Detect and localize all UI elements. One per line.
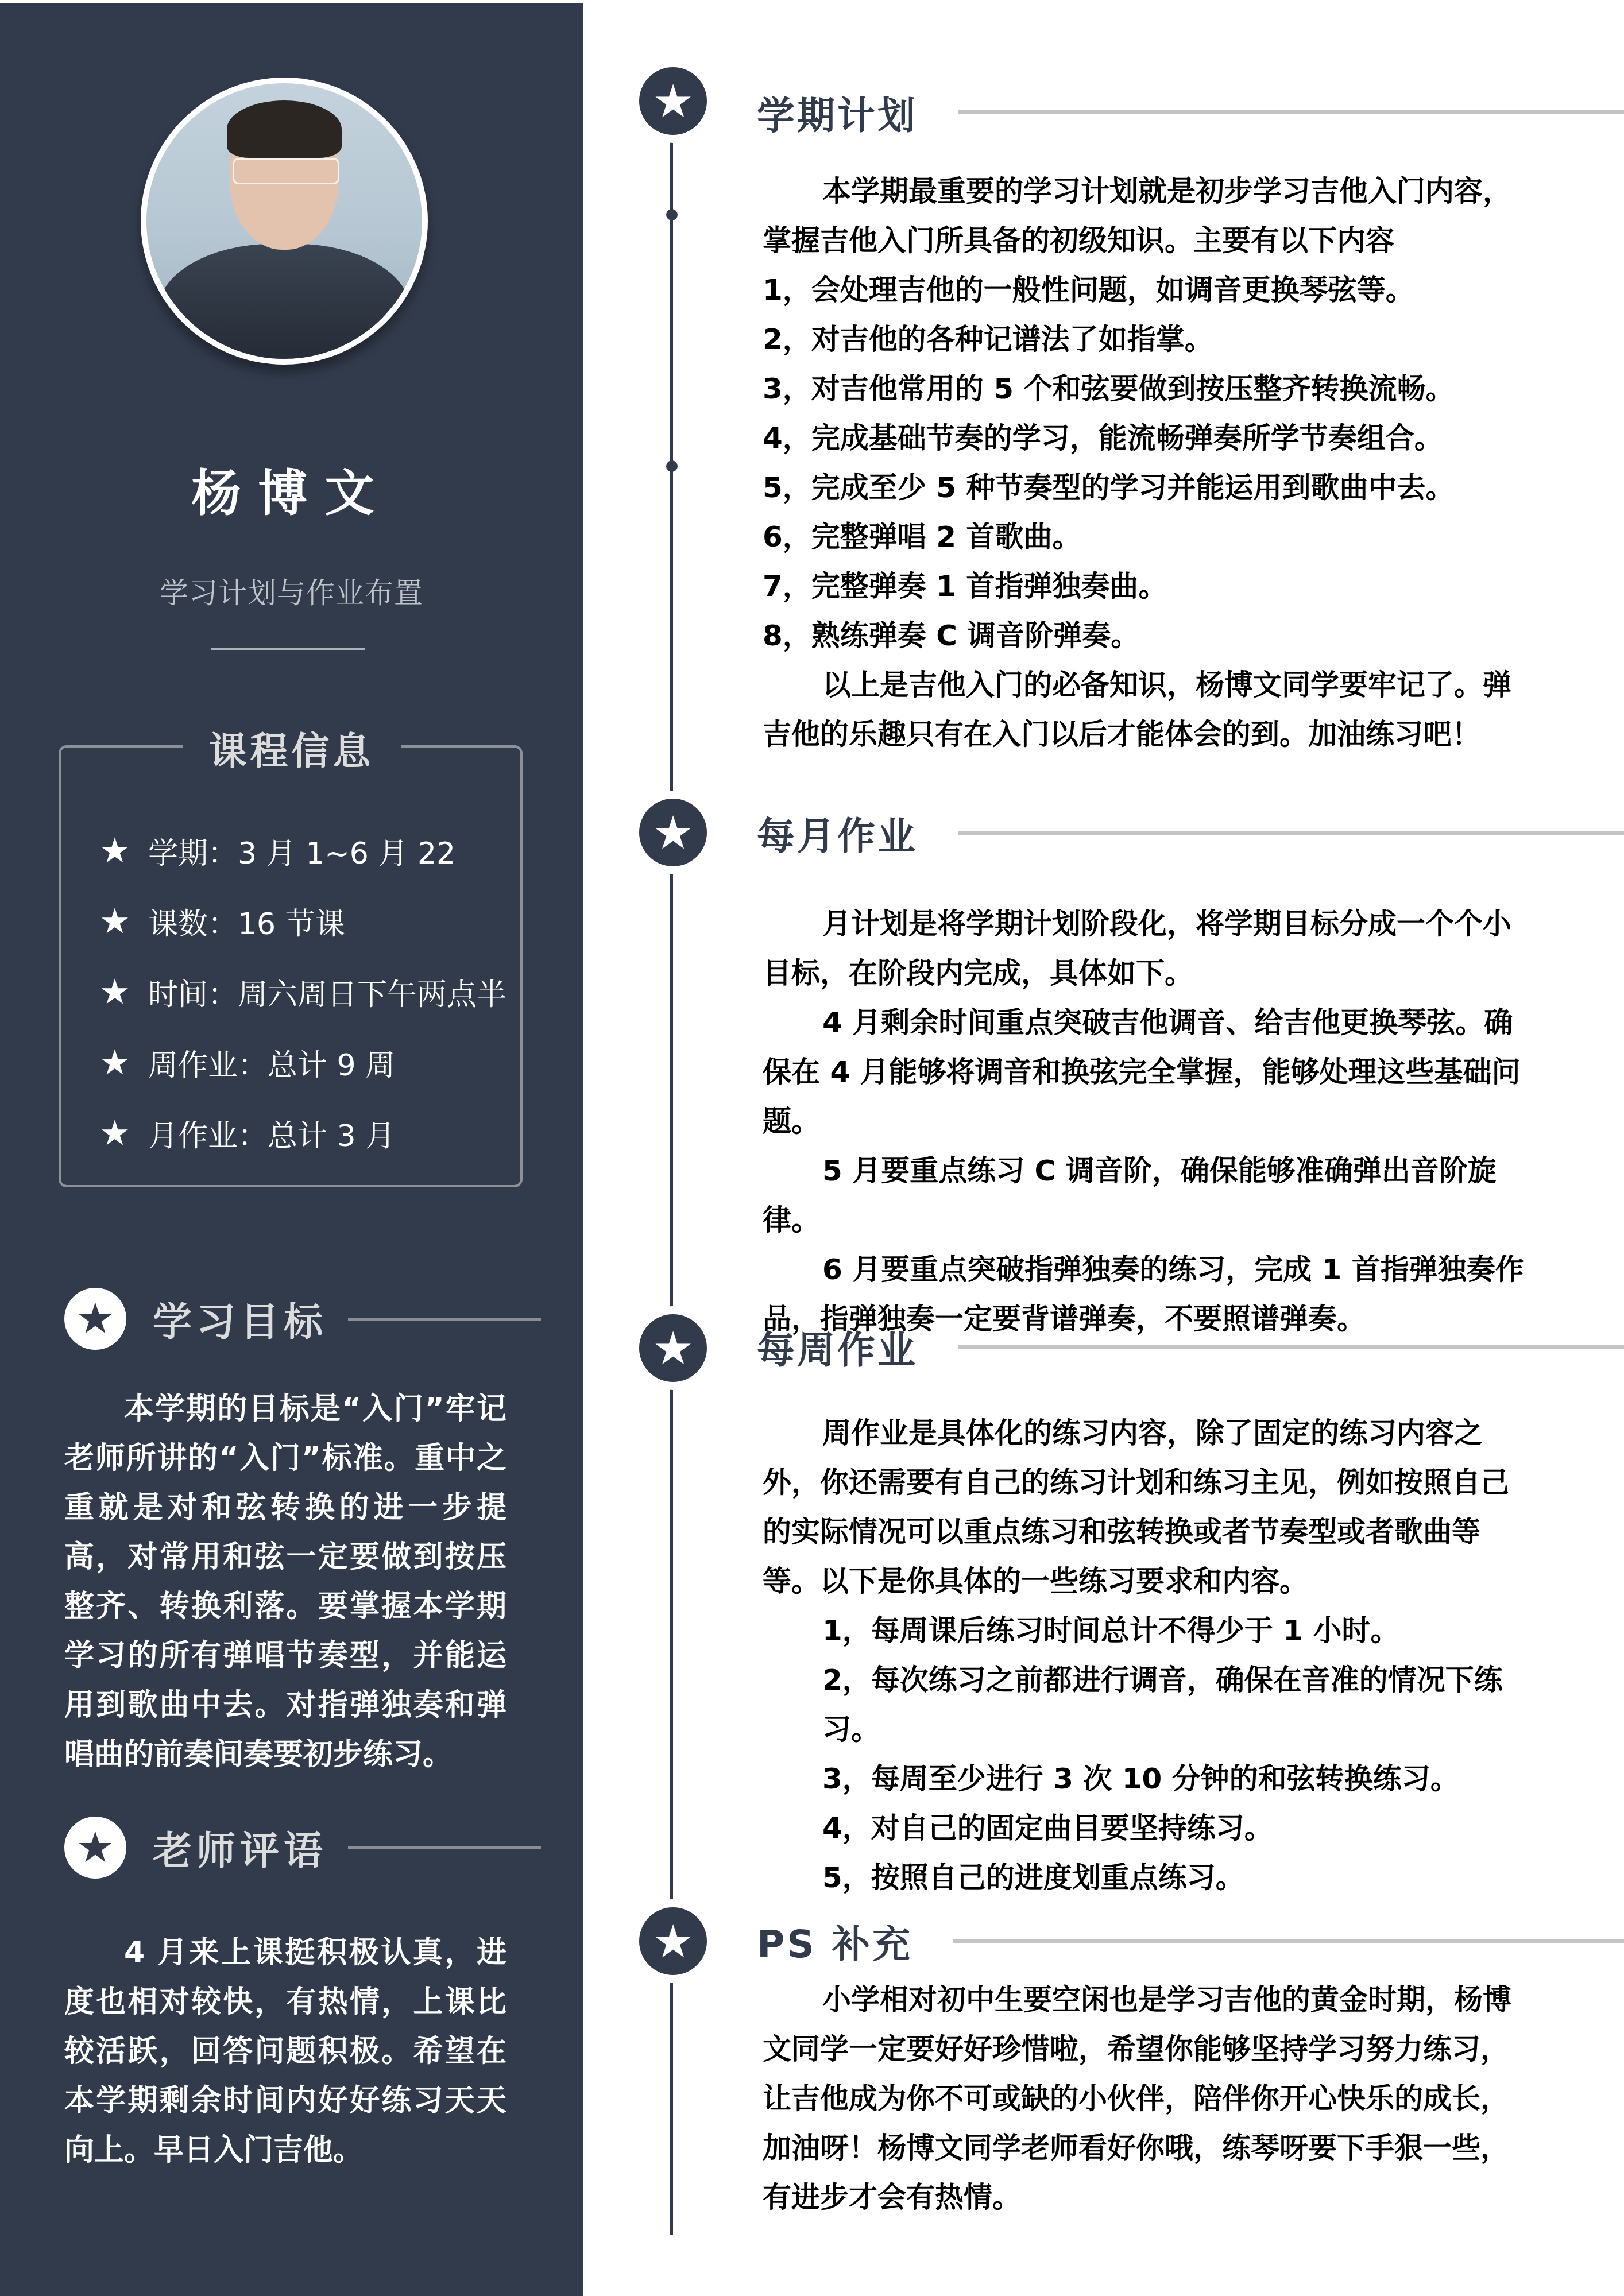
monthly-homework-paragraph: 5 月要重点练习 C 调音阶，确保能够准确弹出音阶旋律。 <box>763 1146 1532 1245</box>
course-info-heading: 课程信息 <box>0 721 583 775</box>
star-icon: ★ <box>639 1907 707 1975</box>
weekly-homework-item: 3，每周至少进行 3 次 10 分钟的和弦转换练习。 <box>763 1754 1532 1803</box>
weekly-homework-item: 4，对自己的固定曲目要坚持练习。 <box>763 1803 1532 1853</box>
star-icon: ★ <box>64 1817 126 1879</box>
weekly-homework-item: 1，每周课后练习时间总计不得少于 1 小时。 <box>763 1606 1532 1655</box>
monthly-homework-title: 每月作业 <box>757 806 918 860</box>
semester-plan-intro: 本学期最重要的学习计划就是初步学习吉他入门内容，掌握吉他入门所具备的初级知识。主… <box>763 167 1532 265</box>
weekly-homework-divider <box>958 1345 1624 1349</box>
course-info-item: ★ 月作业：总计 3 月 <box>98 1098 506 1168</box>
semester-plan-item: 8，熟练弹奏 C 调音阶弹奏。 <box>763 611 1532 660</box>
weekly-homework-item: 2，每次练习之前都进行调音，确保在音准的情况下练习。 <box>763 1655 1532 1754</box>
goals-text: 本学期的目标是“入门”牢记老师所讲的“入门”标准。重中之重就是对和弦转换的进一步… <box>64 1384 506 1779</box>
teacher-comment-title: 老师评语 <box>153 1820 327 1876</box>
weekly-homework-title: 每周作业 <box>757 1319 918 1374</box>
monthly-homework-heading: 每月作业 <box>757 801 1624 864</box>
semester-plan-item: 4，完成基础节奏的学习，能流畅弹奏所学节奏组合。 <box>763 413 1532 463</box>
teacher-comment-divider <box>348 1846 541 1849</box>
course-info-semester: 学期：3 月 1~6 月 22 <box>148 829 455 872</box>
course-info-monthly: 月作业：总计 3 月 <box>148 1112 395 1155</box>
monthly-homework-divider <box>958 831 1624 835</box>
course-info-item: ★ 时间：周六周日下午两点半 <box>98 957 506 1027</box>
photo-hair <box>227 100 342 158</box>
ps-heading: PS 补充 <box>757 1909 1624 1972</box>
star-icon: ★ <box>64 1288 126 1350</box>
star-icon: ★ <box>639 1314 707 1382</box>
course-info-list: ★ 学期：3 月 1~6 月 22 ★ 课数：16 节课 ★ 时间：周六周日下午… <box>98 815 506 1168</box>
star-icon: ★ <box>98 1113 132 1153</box>
ps-text: 小学相对初中生要空闲也是学习吉他的黄金时期，杨博文同学一定要好好珍惜啦，希望你能… <box>763 1975 1532 2222</box>
weekly-homework-body: 周作业是具体化的练习内容，除了固定的练习内容之外，你还需要有自己的练习计划和练习… <box>763 1408 1532 1902</box>
semester-plan-item: 7，完整弹奏 1 首指弹独奏曲。 <box>763 562 1532 611</box>
course-info-item: ★ 学期：3 月 1~6 月 22 <box>98 815 506 886</box>
monthly-homework-paragraph: 月计划是将学期计划阶段化，将学期目标分成一个个小目标，在阶段内完成，具体如下。 <box>763 899 1532 998</box>
timeline-dot <box>666 209 678 220</box>
semester-plan-item: 6，完整弹唱 2 首歌曲。 <box>763 512 1532 562</box>
semester-plan-item: 5，完成至少 5 种节奏型的学习并能运用到歌曲中去。 <box>763 463 1532 512</box>
course-info-item: ★ 课数：16 节课 <box>98 886 506 957</box>
course-info-lessons: 课数：16 节课 <box>148 900 345 943</box>
photo-glasses <box>233 158 339 184</box>
star-icon: ★ <box>98 901 132 942</box>
semester-plan-item: 1，会处理吉他的一般性问题，如调音更换琴弦等。 <box>763 265 1532 315</box>
subtitle-divider <box>211 648 365 650</box>
semester-plan-outro: 以上是吉他入门的必备知识，杨博文同学要牢记了。弹吉他的乐趣只有在入门以后才能体会… <box>763 660 1532 759</box>
star-icon: ★ <box>98 972 132 1012</box>
photo-jacket <box>158 244 411 359</box>
monthly-homework-paragraph: 4 月剩余时间重点突破吉他调音、给吉他更换琴弦。确保在 4 月能够将调音和换弦完… <box>763 998 1532 1146</box>
star-icon: ★ <box>98 831 132 871</box>
semester-plan-body: 本学期最重要的学习计划就是初步学习吉他入门内容，掌握吉他入门所具备的初级知识。主… <box>763 167 1532 759</box>
course-info-time: 时间：周六周日下午两点半 <box>148 970 506 1013</box>
document-subtitle: 学习计划与作业布置 <box>0 570 583 611</box>
course-info-weekly: 周作业：总计 9 周 <box>148 1041 395 1084</box>
goals-divider <box>348 1318 541 1321</box>
semester-plan-heading: 学期计划 <box>757 80 1624 144</box>
weekly-homework-item: 5，按照自己的进度划重点练习。 <box>763 1853 1532 1902</box>
course-info-item: ★ 周作业：总计 9 周 <box>98 1027 506 1098</box>
ps-body: 小学相对初中生要空闲也是学习吉他的黄金时期，杨博文同学一定要好好珍惜啦，希望你能… <box>763 1975 1532 2222</box>
monthly-homework-body: 月计划是将学期计划阶段化，将学期目标分成一个个小目标，在阶段内完成，具体如下。 … <box>763 899 1532 1343</box>
star-icon: ★ <box>639 799 707 866</box>
star-icon: ★ <box>639 67 707 135</box>
ps-divider <box>953 1939 1624 1943</box>
semester-plan-title: 学期计划 <box>757 85 918 140</box>
teacher-comment-heading: ★ 老师评语 <box>64 1816 541 1879</box>
goals-heading: ★ 学习目标 <box>64 1287 541 1350</box>
student-name: 杨博文 <box>0 454 583 525</box>
goals-title: 学习目标 <box>153 1291 327 1347</box>
semester-plan-divider <box>958 110 1624 114</box>
avatar <box>141 78 428 365</box>
teacher-comment-text: 4 月来上课挺积极认真，进度也相对较快，有热情，上课比较活跃，回答问题积极。希望… <box>64 1928 506 2175</box>
star-icon: ★ <box>98 1043 132 1083</box>
semester-plan-item: 3，对吉他常用的 5 个和弦要做到按压整齐转换流畅。 <box>763 364 1532 413</box>
timeline-dot <box>666 460 678 472</box>
ps-title: PS 补充 <box>757 1914 912 1968</box>
weekly-homework-heading: 每周作业 <box>757 1315 1624 1378</box>
student-photo <box>146 83 422 359</box>
course-info-title: 课程信息 <box>183 721 401 775</box>
semester-plan-item: 2，对吉他的各种记谱法了如指掌。 <box>763 315 1532 364</box>
weekly-homework-intro: 周作业是具体化的练习内容，除了固定的练习内容之外，你还需要有自己的练习计划和练习… <box>763 1408 1532 1606</box>
sidebar: 杨博文 学习计划与作业布置 课程信息 ★ 学期：3 月 1~6 月 22 ★ 课… <box>0 3 583 2296</box>
